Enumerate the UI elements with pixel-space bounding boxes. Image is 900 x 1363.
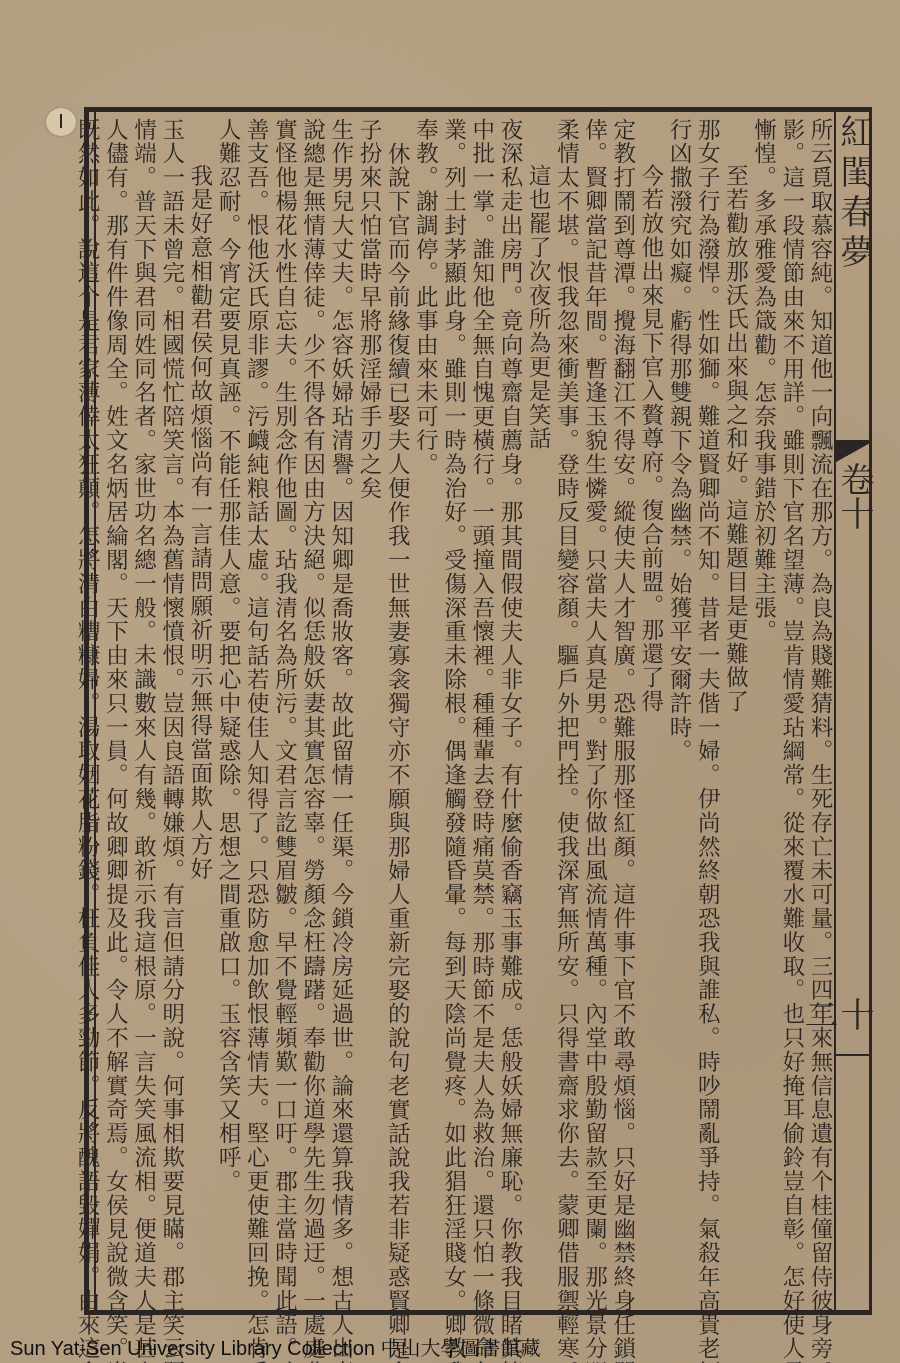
text-column: 所云覓取慕容純。知道他一向飄流在那方。為良為賤難猜料。生死存亡未可量。三四年來無… bbox=[806, 112, 834, 1310]
text-column: 既然如此。說這个是君家薄倖太狂顛。怎將清白糟糠婦。湯取姻花脂粉錢。枉負佳人多勁節… bbox=[73, 112, 101, 1310]
text-column: 柔情太不堪。恨我忽來衝美事。登時反目變容顏。驅戶外把門拴。使我深宵無所安。只得書… bbox=[552, 112, 580, 1310]
text-column: 慚惶。多承雅愛為箴勸。怎奈我事錯於初難主張。 bbox=[749, 112, 777, 1310]
text-column: 玉人一語未曾完。相國慌忙陪笑言。本為舊情懷憤恨。豈因良語轉嫌煩。有言但請分明說。… bbox=[158, 112, 186, 1310]
text-column: 行凶撒潑究如癡。虧得那雙親下令為幽禁。始獲平安爾許時。 bbox=[665, 112, 693, 1310]
text-column: 中批一掌。誰知他全無自愧更橫行。一頭撞入吾懷裡。種種輩去登時痛莫禁。那時節不是夫… bbox=[468, 112, 496, 1310]
text-column: 倖。賢卿當記昔年間。暫逢玉貌生憐愛。只當夫人真是男。對了你做出風流情萬種。內堂中… bbox=[580, 112, 608, 1310]
text-column: 說總是無情薄倖徒。少不得各有因由方決絕。似恁般妖妻其實怎容辜。勞顏念枉躊躇。奉勸… bbox=[298, 112, 326, 1310]
volume-label: 卷十 bbox=[836, 462, 872, 582]
text-column: 善支吾。恨他沃氏原非謬。污衊純粮話太虛。這句話若使佳人知得了。只恐防愈加飲恨薄情… bbox=[242, 112, 270, 1310]
text-column: 我是好意相勸君侯何故煩惱尚有一言請問願祈明示無得當面欺人方好 bbox=[186, 112, 214, 1310]
fishtail-mark bbox=[836, 442, 872, 462]
binding-hole bbox=[46, 108, 76, 136]
text-column: 定教打鬧到尊潭。攪海翻江不得安。縱使夫人才智廣。恐難服那怪紅顏。這件事下官不敢尋… bbox=[609, 112, 637, 1310]
book-title: 紅閨春夢 bbox=[836, 114, 872, 444]
text-column: 夜深私走出房門。竟向尊齋自薦身。那其間假使夫人非女子。有什麼偷香竊玉事難成。恁般… bbox=[496, 112, 524, 1310]
text-column: 子扮來只怕當時早將那淫婦手刃之矣 bbox=[355, 112, 383, 1310]
text-column: 業。列土封茅顯此身。雖則一時為治好。受傷深重未除根。偶逢觸發隨昏暈。每到天陰尚覺… bbox=[439, 112, 467, 1310]
text-column: 奉教。謝調停。此事由來未可行。 bbox=[411, 112, 439, 1310]
text-column: 人儘有。那有件件像周全。姓文名炳居綸閣。天下由來只一員。何故卿卿提及此。令人不解… bbox=[101, 112, 129, 1310]
center-margin-banxin: 紅閨春夢 卷十 十二 bbox=[834, 112, 872, 1310]
text-column: 那女子行為潑悍。性如獅。難道賢卿尚不知。昔者一夫偕一婦。伊尚然終朝恐我與誰私。時… bbox=[693, 112, 721, 1310]
library-watermark: Sun Yat-Sen University Library Collectio… bbox=[10, 1332, 541, 1361]
margin-rule bbox=[836, 1054, 872, 1056]
text-column: 至若勸放那沃氏出來與之和好。這難題目是更難做了 bbox=[721, 112, 749, 1310]
text-column: 情端。普天下與君同姓同名者。家世功名總一般。未識數來人有幾。敢祈示我這根原。一言… bbox=[129, 112, 157, 1310]
text-body: 所云覓取慕容純。知道他一向飄流在那方。為良為賤難猜料。生死存亡未可量。三四年來無… bbox=[98, 112, 834, 1310]
text-column: 這也罷了次夜所為更是笑話 bbox=[524, 112, 552, 1310]
text-column: 人難忍耐。今宵定要見真誣。不能任那佳人意。要把心中疑惑除。思想之間重啟口。玉容含… bbox=[214, 112, 242, 1310]
scanned-page: 紅閨春夢 卷十 十二 所云覓取慕容純。知道他一向飄流在那方。為良為賤難猜料。生死… bbox=[0, 0, 900, 1363]
text-column: 生作男兒大丈夫。怎容妖婦玷清譽。因知卿是喬妝客。故此留情一任渠。今鎖冷房延過世。… bbox=[327, 112, 355, 1310]
text-column: 影。這一段情節由來不用詳。雖則下官名望薄。豈肯情愛玷綱常。從來覆水難收取。也只好… bbox=[778, 112, 806, 1310]
text-column: 實怪他楊花水性自忘夫。生別念作他圖。玷我清名為所污。文君言訖雙眉皺。早不覺輕頻歎… bbox=[270, 112, 298, 1310]
text-column: 休說下官而今前緣復續已娶夫人便作我一世無妻寡衾獨守亦不願與那婦人重新完娶的說句老… bbox=[383, 112, 411, 1310]
text-column: 今若放他出來見下官入贅尊府。復合前盟。那還了得 bbox=[637, 112, 665, 1310]
page-number: 十二 bbox=[836, 997, 872, 1053]
